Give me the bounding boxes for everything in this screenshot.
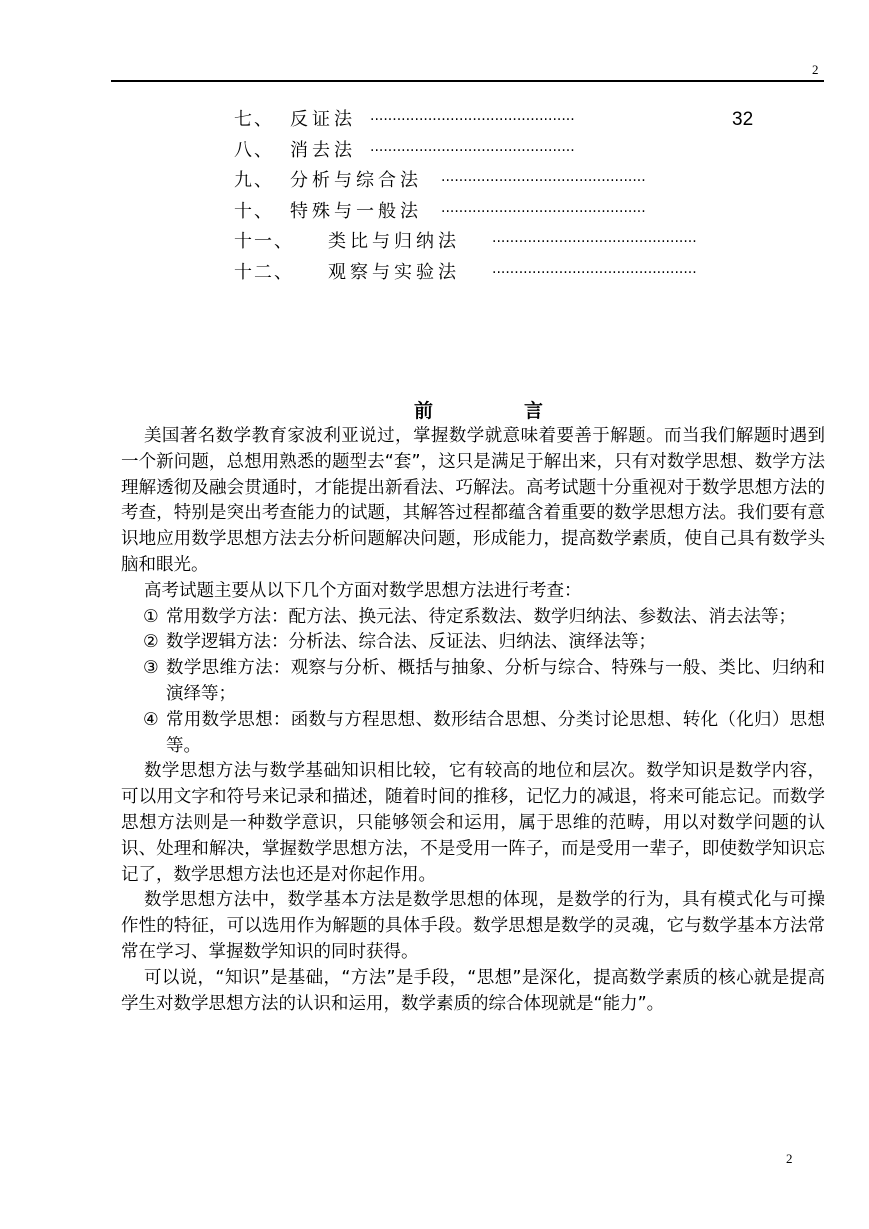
toc-entry-title: 反证法 <box>290 105 356 135</box>
toc-entry-number: 十二、 <box>234 258 294 288</box>
list-item-marker: ① <box>143 605 159 631</box>
list-item-marker: ② <box>143 630 159 656</box>
list-item-marker: ③ <box>143 656 159 682</box>
toc-entry-title: 消去法 <box>290 136 356 166</box>
toc-entry-number: 八、 <box>234 136 274 166</box>
paragraph: 美国著名数学教育家波利亚说过，掌握数学就意味着要善于解题。而当我们解题时遇到一个… <box>121 424 825 579</box>
list-item: ④常用数学思想：函数与方程思想、数形结合思想、分类讨论思想、转化（化归）思想等。 <box>121 708 825 760</box>
document-page: 2 七、 反证法 ·······························… <box>0 0 869 1229</box>
list-item-text: 常用数学方法：配方法、换元法、待定系数法、数学归纳法、参数法、消去法等； <box>166 607 796 627</box>
table-of-contents: 七、 反证法 ·································… <box>234 105 774 288</box>
toc-entry-number: 十一、 <box>234 227 294 257</box>
list-item: ①常用数学方法：配方法、换元法、待定系数法、数学归纳法、参数法、消去法等； <box>121 605 825 631</box>
toc-entry[interactable]: 十二、 观察与实验法 ·····························… <box>234 258 774 289</box>
header-page-number: 2 <box>812 62 819 78</box>
toc-dot-leader: ········································… <box>370 136 722 166</box>
paragraph: 数学思想方法与数学基础知识相比较，它有较高的地位和层次。数学知识是数学内容，可以… <box>121 759 825 888</box>
toc-entry-number: 七、 <box>234 105 274 135</box>
toc-entry-page: 32 <box>732 105 753 135</box>
preface-title: 前 言 <box>0 396 869 422</box>
paragraph: 可以说，“知识”是基础，“方法”是手段，“思想”是深化，提高数学素质的核心就是提… <box>121 966 825 1018</box>
list-item: ②数学逻辑方法：分析法、综合法、反证法、归纳法、演绎法等； <box>121 630 825 656</box>
toc-entry[interactable]: 九、 分析与综合法 ······························… <box>234 166 774 197</box>
toc-dot-leader: ········································… <box>441 166 722 196</box>
toc-dot-leader: ········································… <box>370 105 722 135</box>
toc-entry[interactable]: 八、 消去法 ·································… <box>234 136 774 167</box>
preface-title-char: 前 <box>414 396 433 423</box>
preface-body: 美国著名数学教育家波利亚说过，掌握数学就意味着要善于解题。而当我们解题时遇到一个… <box>121 424 825 1017</box>
toc-entry-title: 类比与归纳法 <box>328 227 460 257</box>
toc-entry-title: 分析与综合法 <box>290 166 422 196</box>
toc-dot-leader: ········································… <box>492 227 722 257</box>
toc-entry-title: 观察与实验法 <box>328 258 460 288</box>
toc-entry-number: 十、 <box>234 197 274 227</box>
toc-dot-leader: ········································… <box>441 197 722 227</box>
preface-title-char: 言 <box>524 396 543 423</box>
toc-dot-leader: ········································… <box>492 258 722 288</box>
list-item-text: 数学逻辑方法：分析法、综合法、反证法、归纳法、演绎法等； <box>166 632 656 652</box>
toc-entry[interactable]: 十一、 类比与归纳法 ·····························… <box>234 227 774 258</box>
toc-entry[interactable]: 七、 反证法 ·································… <box>234 105 774 136</box>
toc-entry-number: 九、 <box>234 166 274 196</box>
toc-entry-title: 特殊与一般法 <box>290 197 422 227</box>
toc-entry[interactable]: 十、 特殊与一般法 ······························… <box>234 197 774 228</box>
footer-page-number: 2 <box>786 1151 793 1167</box>
list-item-marker: ④ <box>143 708 159 734</box>
list-item-text: 常用数学思想：函数与方程思想、数形结合思想、分类讨论思想、转化（化归）思想等。 <box>166 710 825 756</box>
list-item: ③数学思维方法：观察与分析、概括与抽象、分析与综合、特殊与一般、类比、归纳和演绎… <box>121 656 825 708</box>
paragraph: 高考试题主要从以下几个方面对数学思想方法进行考查： <box>121 579 825 605</box>
paragraph: 数学思想方法中，数学基本方法是数学思想的体现，是数学的行为，具有模式化与可操作性… <box>121 888 825 965</box>
header-rule <box>111 80 824 82</box>
list-item-text: 数学思维方法：观察与分析、概括与抽象、分析与综合、特殊与一般、类比、归纳和演绎等… <box>166 658 825 704</box>
